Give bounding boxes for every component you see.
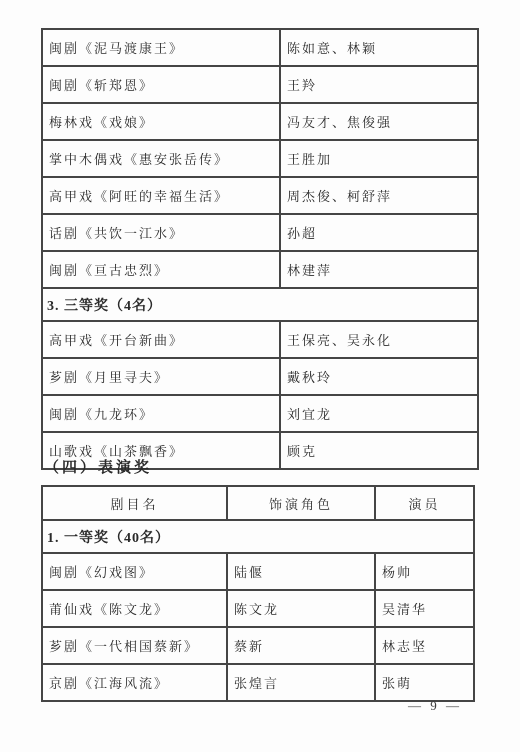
winners-cell: 戴秋玲 — [280, 358, 478, 395]
role-cell: 张煌言 — [227, 664, 375, 701]
winners-cell: 孙超 — [280, 214, 478, 251]
table-row: 闽剧《泥马渡康王》 陈如意、林颖 — [42, 29, 478, 66]
header-row: 剧目名 饰演角色 演员 — [42, 486, 474, 520]
role-cell: 陈文龙 — [227, 590, 375, 627]
actor-cell: 张萌 — [375, 664, 474, 701]
section-row-first-prize: 1. 一等奖（40名） — [42, 520, 474, 553]
table-row: 闽剧《亘古忠烈》 林建萍 — [42, 251, 478, 288]
section-heading-performance-award: （四）表演奖 — [44, 456, 152, 477]
table-row: 芗剧《一代相国蔡新》 蔡新 林志坚 — [42, 627, 474, 664]
play-cell: 芗剧《一代相国蔡新》 — [42, 627, 227, 664]
table-row: 掌中木偶戏《惠安张岳传》 王胜加 — [42, 140, 478, 177]
play-cell: 掌中木偶戏《惠安张岳传》 — [42, 140, 280, 177]
play-cell: 话剧《共饮一江水》 — [42, 214, 280, 251]
table-row: 梅林戏《戏娘》 冯友才、焦俊强 — [42, 103, 478, 140]
actor-cell: 杨帅 — [375, 553, 474, 590]
table-row: 京剧《江海风流》 张煌言 张萌 — [42, 664, 474, 701]
play-cell: 芗剧《月里寻夫》 — [42, 358, 280, 395]
section-label: 1. 一等奖（40名） — [42, 520, 474, 553]
table-row: 高甲戏《开台新曲》 王保亮、吴永化 — [42, 321, 478, 358]
winners-cell: 顾克 — [280, 432, 478, 469]
play-cell: 闽剧《幻戏图》 — [42, 553, 227, 590]
header-cell-play: 剧目名 — [42, 486, 227, 520]
table-row: 闽剧《幻戏图》 陆偃 杨帅 — [42, 553, 474, 590]
actor-cell: 林志坚 — [375, 627, 474, 664]
document-page: 闽剧《泥马渡康王》 陈如意、林颖 闽剧《斩郑恩》 王羚 梅林戏《戏娘》 冯友才、… — [0, 0, 520, 752]
header-cell-role: 饰演角色 — [227, 486, 375, 520]
role-cell: 陆偃 — [227, 553, 375, 590]
winners-cell: 王胜加 — [280, 140, 478, 177]
play-cell: 高甲戏《开台新曲》 — [42, 321, 280, 358]
winners-cell: 王保亮、吴永化 — [280, 321, 478, 358]
play-cell: 京剧《江海风流》 — [42, 664, 227, 701]
play-cell: 莆仙戏《陈文龙》 — [42, 590, 227, 627]
table-row: 莆仙戏《陈文龙》 陈文龙 吴清华 — [42, 590, 474, 627]
play-cell: 闽剧《九龙环》 — [42, 395, 280, 432]
header-cell-actor: 演员 — [375, 486, 474, 520]
awards-table: 闽剧《泥马渡康王》 陈如意、林颖 闽剧《斩郑恩》 王羚 梅林戏《戏娘》 冯友才、… — [41, 28, 479, 470]
play-cell: 闽剧《斩郑恩》 — [42, 66, 280, 103]
page-number: — 9 — — [408, 698, 462, 714]
winners-cell: 刘宜龙 — [280, 395, 478, 432]
actor-cell: 吴清华 — [375, 590, 474, 627]
play-cell: 梅林戏《戏娘》 — [42, 103, 280, 140]
performance-table: 剧目名 饰演角色 演员 1. 一等奖（40名） 闽剧《幻戏图》 陆偃 杨帅 莆仙… — [41, 485, 475, 702]
play-cell: 高甲戏《阿旺的幸福生活》 — [42, 177, 280, 214]
play-cell: 闽剧《泥马渡康王》 — [42, 29, 280, 66]
section-row-third-prize: 3. 三等奖（4名） — [42, 288, 478, 321]
role-cell: 蔡新 — [227, 627, 375, 664]
winners-cell: 王羚 — [280, 66, 478, 103]
table-row: 闽剧《斩郑恩》 王羚 — [42, 66, 478, 103]
play-cell: 闽剧《亘古忠烈》 — [42, 251, 280, 288]
winners-cell: 冯友才、焦俊强 — [280, 103, 478, 140]
table-row: 话剧《共饮一江水》 孙超 — [42, 214, 478, 251]
table-row: 高甲戏《阿旺的幸福生活》 周杰俊、柯舒萍 — [42, 177, 478, 214]
table-row: 闽剧《九龙环》 刘宜龙 — [42, 395, 478, 432]
winners-cell: 林建萍 — [280, 251, 478, 288]
table-row: 芗剧《月里寻夫》 戴秋玲 — [42, 358, 478, 395]
section-label: 3. 三等奖（4名） — [42, 288, 478, 321]
winners-cell: 周杰俊、柯舒萍 — [280, 177, 478, 214]
winners-cell: 陈如意、林颖 — [280, 29, 478, 66]
